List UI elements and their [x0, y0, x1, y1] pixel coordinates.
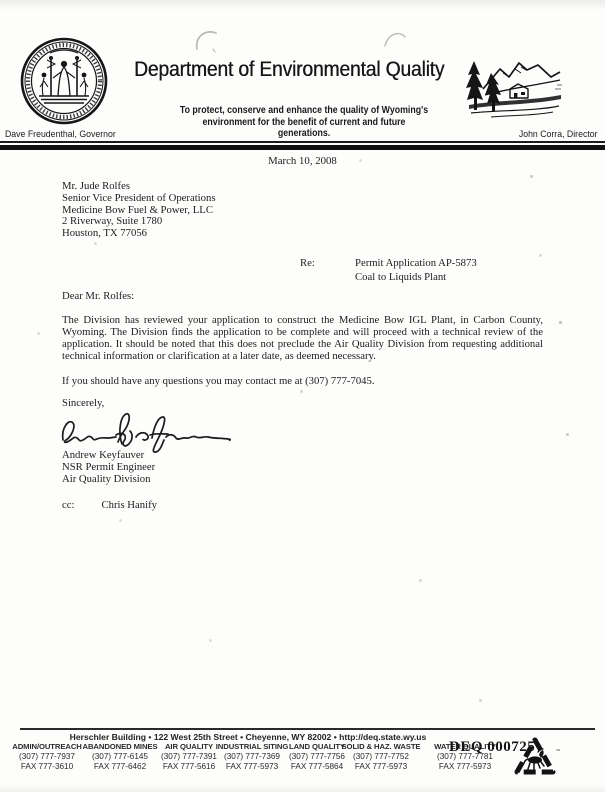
recycle-bucking-horse-icon — [512, 736, 558, 778]
cc-name: Chris Hanify — [101, 499, 157, 511]
header-rule-thick — [0, 145, 605, 150]
body-paragraph: The Division has reviewed your applicati… — [62, 315, 543, 362]
footer-address-line: Herschler Building • 122 West 25th Stree… — [28, 732, 468, 742]
cc-label: cc: — [62, 499, 74, 511]
signer-title: NSR Permit Engineer — [62, 461, 155, 473]
governor-name: Dave Freudenthal, Governor — [5, 129, 116, 140]
recipient-line: Senior Vice President of Operations — [62, 193, 216, 205]
dept-fax: FAX 777-5973 — [415, 762, 515, 772]
signer-name: Andrew Keyfauver — [62, 449, 155, 461]
tagline-line-2: environment for the benefit of current a… — [176, 117, 433, 140]
agency-title: Department of Environmental Quality — [134, 58, 444, 82]
scan-artifact: = — [556, 746, 560, 755]
director-name: John Corra, Director — [519, 129, 598, 140]
agency-tagline: To protect, conserve and enhance the qua… — [176, 105, 433, 140]
mountain-scene-illustration — [461, 55, 563, 123]
scan-artifact — [193, 27, 223, 53]
handwritten-signature — [57, 411, 235, 453]
footer-rule — [20, 728, 595, 730]
re-subject-line: Coal to Liquids Plant — [355, 271, 477, 285]
letter-date: March 10, 2008 — [0, 155, 605, 167]
signer-division: Air Quality Division — [62, 473, 155, 485]
contact-line: If you should have any questions you may… — [62, 375, 375, 387]
wyoming-state-seal-icon — [20, 37, 108, 125]
scan-specks — [0, 0, 1, 1]
tagline-line-1: To protect, conserve and enhance the qua… — [176, 105, 433, 117]
scan-edge-top — [0, 0, 605, 10]
cc-row: cc:Chris Hanify — [62, 499, 157, 511]
signature-block: Andrew Keyfauver NSR Permit Engineer Air… — [62, 449, 155, 485]
recipient-line: Houston, TX 77056 — [62, 228, 216, 240]
re-subject-line: Permit Application AP-5873 — [355, 257, 477, 271]
header-rule-thin — [0, 141, 605, 143]
scanned-letter-page: Department of Environmental Quality To p… — [0, 0, 605, 792]
re-subject: Permit Application AP-5873 Coal to Liqui… — [355, 257, 477, 285]
salutation: Dear Mr. Rolfes: — [62, 290, 134, 302]
scan-edge-bottom — [0, 784, 605, 792]
recipient-address: Mr. Jude Rolfes Senior Vice President of… — [62, 181, 216, 240]
re-label: Re: — [300, 257, 315, 269]
scan-artifact — [382, 28, 408, 50]
closing: Sincerely, — [62, 397, 104, 409]
